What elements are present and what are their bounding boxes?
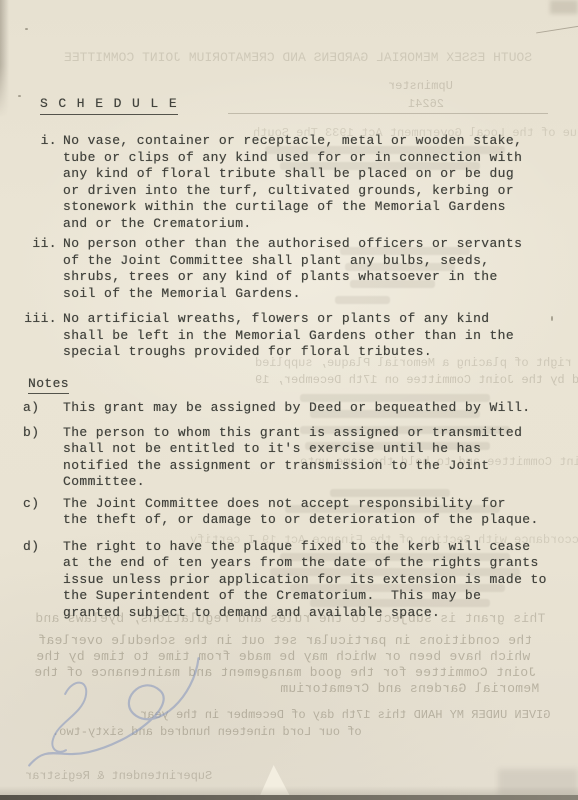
scan-scratch bbox=[536, 26, 578, 34]
bleedthrough-line: Upminster bbox=[388, 79, 453, 93]
note-text: The person to whom this grant is assigne… bbox=[63, 425, 522, 491]
scan-edge-bottom bbox=[0, 795, 578, 800]
schedule-heading: S C H E D U L E bbox=[40, 96, 178, 115]
note-text: The right to have the plaque fixed to th… bbox=[63, 539, 547, 622]
schedule-item-ii: ii. No person other than the authorised … bbox=[0, 236, 578, 302]
paper-speck bbox=[18, 95, 21, 97]
bleedthrough-line: Memorial Gardens and Crematorium bbox=[280, 681, 539, 696]
signature-ink bbox=[0, 629, 224, 775]
item-text: No vase, container or receptacle, metal … bbox=[63, 133, 522, 232]
note-marker: d) bbox=[0, 539, 57, 556]
document-body: S C H E D U L E i. No vase, container or… bbox=[0, 96, 578, 621]
note-marker: b) bbox=[0, 425, 57, 442]
schedule-item-iii: iii. No artificial wreaths, flowers or p… bbox=[0, 311, 578, 361]
item-text: No artificial wreaths, flowers or plants… bbox=[63, 311, 514, 361]
note-c: c) The Joint Committee does not accept r… bbox=[0, 496, 578, 529]
item-marker: ii. bbox=[0, 236, 57, 253]
item-text: No person other than the authorised offi… bbox=[63, 236, 522, 302]
scan-corner-shadow bbox=[550, 0, 578, 14]
item-marker: iii. bbox=[0, 311, 57, 328]
note-marker: c) bbox=[0, 496, 57, 513]
note-b: b) The person to whom this grant is assi… bbox=[0, 425, 578, 491]
note-d: d) The right to have the plaque fixed to… bbox=[0, 539, 578, 622]
note-marker: a) bbox=[0, 400, 57, 417]
item-marker: i. bbox=[0, 133, 57, 150]
bleedthrough-line: SOUTH ESSEX MEMORIAL GARDENS AND CREMATO… bbox=[64, 50, 532, 65]
notes-heading: Notes bbox=[28, 376, 69, 395]
scan-edge-shadow-bottom bbox=[0, 786, 578, 795]
scanned-document-page: SOUTH ESSEX MEMORIAL GARDENS AND CREMATO… bbox=[0, 0, 578, 800]
scan-edge-shadow-left bbox=[0, 0, 9, 118]
paper-speck bbox=[551, 316, 553, 321]
paper-speck bbox=[25, 28, 28, 30]
schedule-item-i: i. No vase, container or receptacle, met… bbox=[0, 133, 578, 232]
note-text: The Joint Committee does not accept resp… bbox=[63, 496, 539, 529]
note-text: This grant may be assigned by Deed or be… bbox=[63, 400, 530, 417]
note-a: a) This grant may be assigned by Deed or… bbox=[0, 400, 578, 417]
